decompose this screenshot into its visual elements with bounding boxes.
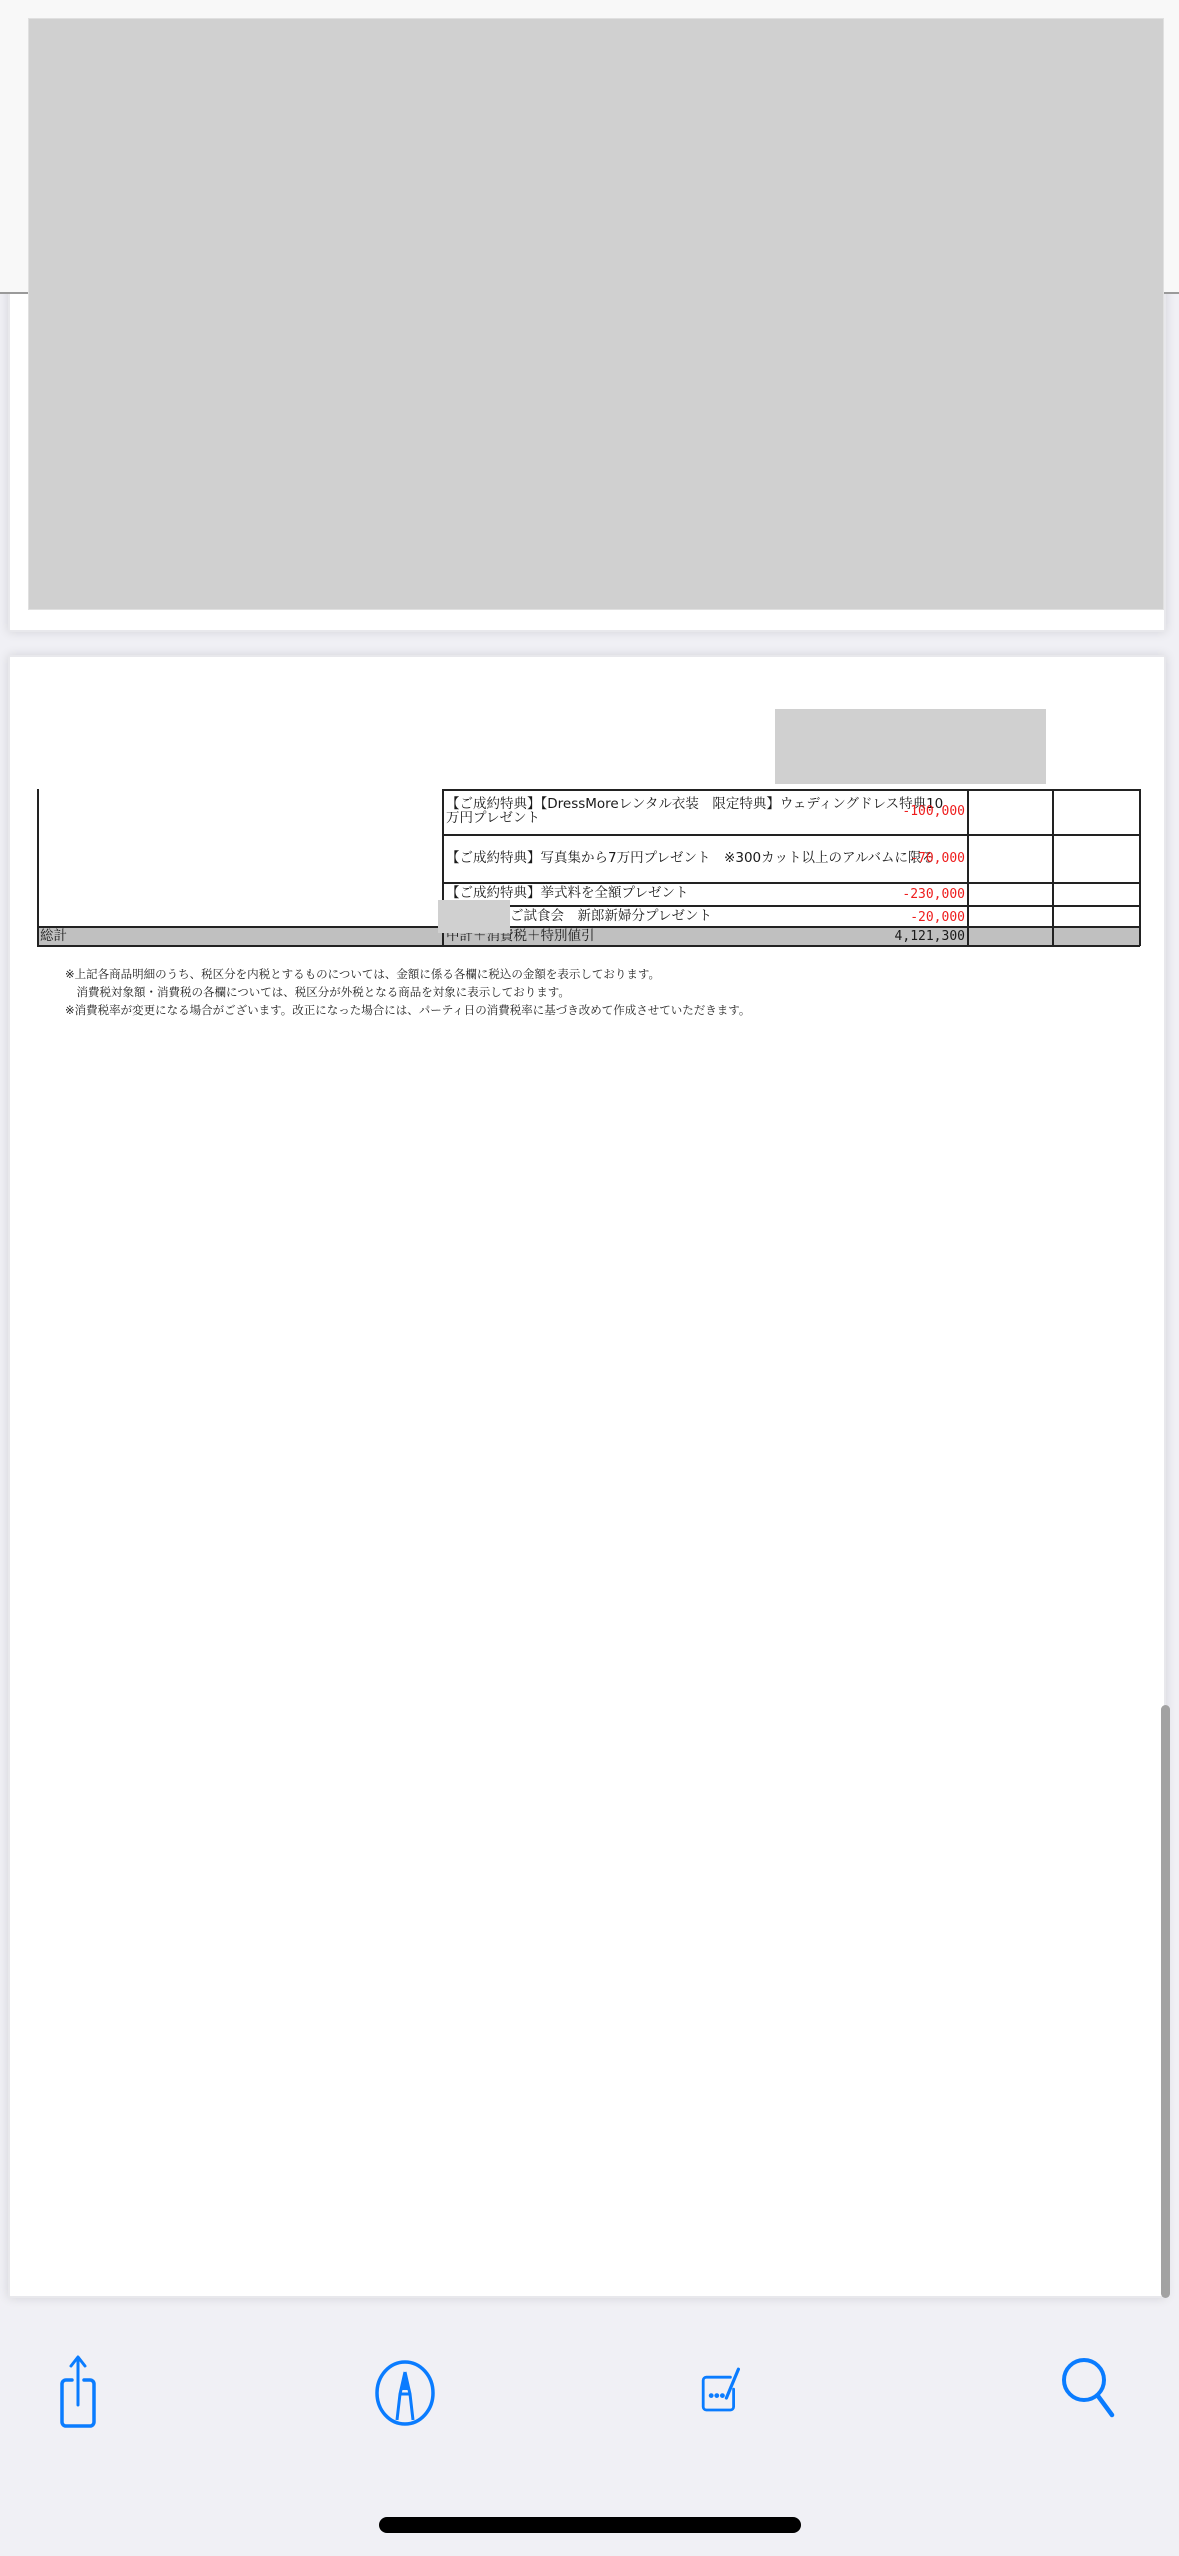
redacted-region-top <box>28 18 1164 610</box>
row-4-amount: -20,000 <box>885 910 965 925</box>
row-3-label: 【ご成約特典】挙式料を全額プレゼント <box>446 886 688 901</box>
row-1-label-line2: 万円プレゼント <box>446 811 540 826</box>
share-icon <box>44 2350 124 2430</box>
redacted-region-row4 <box>438 900 510 933</box>
vertical-scrollbar[interactable] <box>1161 1705 1170 2298</box>
home-indicator[interactable] <box>379 2517 801 2533</box>
markup-button[interactable] <box>365 2350 445 2430</box>
note-2: 消費税対象額・消費税の各欄については、税区分が外税となる商品を対象に表示しており… <box>65 985 570 1000</box>
row-2-amount: -70,000 <box>885 851 965 866</box>
pdf-page-2: 【ご成約特典】【DressMoreレンタル衣装 限定特典】ウェディングドレス特典… <box>8 655 1166 2298</box>
pdf-viewer-screen: 【ご成約特典】【DressMoreレンタル衣装 限定特典】ウェディングドレス特典… <box>0 0 1179 2556</box>
total-amount: 4,121,300 <box>885 929 965 944</box>
markup-pen-icon <box>365 2350 445 2430</box>
row-1-amount: -100,000 <box>885 804 965 819</box>
row-3-amount: -230,000 <box>885 887 965 902</box>
share-button[interactable] <box>44 2350 124 2430</box>
search-button[interactable] <box>1052 2350 1132 2430</box>
row-2-label: 【ご成約特典】写真集から7万円プレゼント ※300カット以上のアルバムに限る <box>446 851 935 866</box>
note-1: ※上記各商品明細のうち、税区分を内税とするものについては、金額に係る各欄に税込の… <box>65 967 660 982</box>
note-3: ※消費税率が変更になる場合がございます。改正になった場合には、パーティ日の消費税… <box>65 1003 750 1018</box>
total-label: 総計 <box>40 929 67 944</box>
estimate-table: 【ご成約特典】【DressMoreレンタル衣装 限定特典】ウェディングドレス特典… <box>10 657 1164 2296</box>
row-4-label: ご試食会 新郎新婦分プレゼント <box>510 909 712 924</box>
search-icon <box>1052 2350 1132 2430</box>
fill-sign-button[interactable] <box>700 2350 780 2430</box>
signature-icon <box>700 2350 780 2430</box>
